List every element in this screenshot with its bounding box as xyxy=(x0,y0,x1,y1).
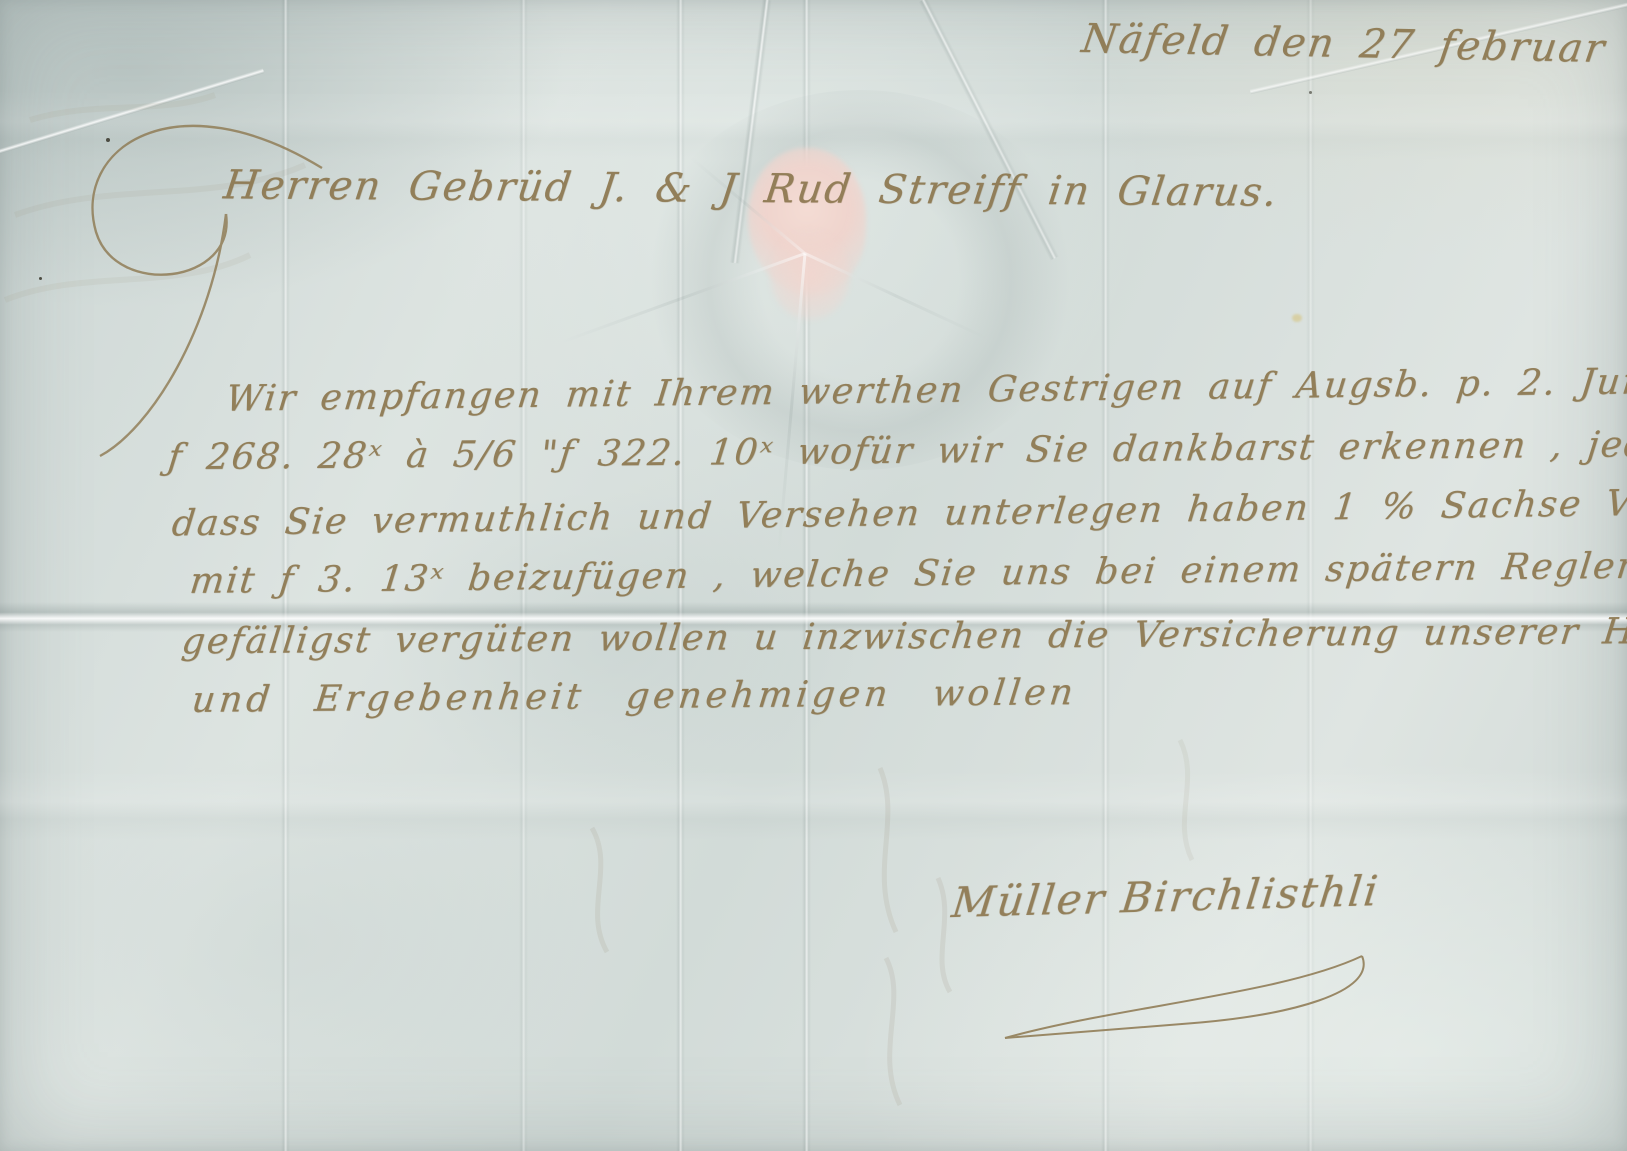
letter-paper: Näfeld den 27 februar 184 Herren Gebrüd … xyxy=(0,0,1627,1151)
ink-speck xyxy=(39,277,42,280)
salutation: Herren Gebrüd J. & J Rud Streiff in Glar… xyxy=(221,162,1281,215)
ink-speck xyxy=(106,138,110,142)
body-line-6: und Ergebenheit genehmigen wollen xyxy=(190,672,1079,721)
signature-flourish xyxy=(1005,956,1364,1038)
yellow-stain-fleck xyxy=(1292,314,1302,322)
ink-speck xyxy=(1309,91,1312,94)
